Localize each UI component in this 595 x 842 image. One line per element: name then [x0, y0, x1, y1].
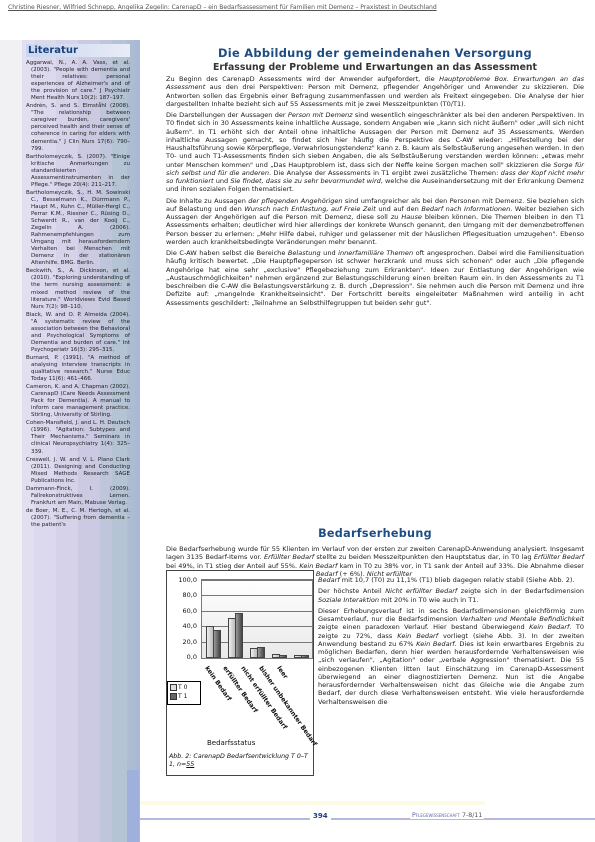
chart-legend: T 0 T 1 — [167, 681, 201, 705]
y-tick: 100,0 — [175, 576, 197, 584]
plot-area: 100,0 80,0 60,0 40,0 20,0 0,0 — [201, 579, 313, 659]
gridline — [202, 626, 312, 627]
y-tick: 20,0 — [175, 638, 197, 646]
reference-item: Burnard, P. (1991). "A method of analysi… — [26, 355, 130, 383]
reference-item: de Boer, M. E., C. M. Hertogh, et al. (2… — [26, 508, 130, 529]
y-tick: 60,0 — [175, 607, 197, 615]
paragraph: Die C-AW haben selbst die Bereiche Belas… — [166, 249, 584, 307]
y-tick: 0,0 — [175, 653, 197, 661]
running-header: Christine Riesner, Wilfried Schnepp, Ang… — [8, 4, 587, 11]
section-title-bedarf: Bedarfserhebung — [166, 527, 584, 540]
gridline — [202, 580, 312, 581]
legend-item-t1: T 1 — [170, 692, 198, 701]
y-tick: 40,0 — [175, 622, 197, 630]
bar-erfuellter-bedarf-t1 — [235, 613, 243, 658]
sidebar-edge-bottom — [127, 770, 139, 842]
legend-swatch — [170, 684, 177, 691]
journal-reference: Pflegewissenschaft 7-8/11 — [410, 812, 484, 819]
paragraph: Bedarf mit 10,7 (T0) zu 11,1% (T1) blieb… — [318, 576, 584, 584]
reference-item: Aggarwal, N., A. A. Vass, et al. (2003).… — [26, 60, 130, 102]
literature-title: Literatur — [26, 44, 130, 57]
paragraph: Die Inhalte zu Aussagen der pflegenden A… — [166, 197, 584, 247]
reference-item: Beckwith, S., A. Dickinson, et al. (2010… — [26, 268, 130, 310]
gridline — [202, 611, 312, 612]
reference-item: Bartholomeyczik, S., H. M. Sowinski C., … — [26, 190, 130, 268]
bedarf-right-column: Bedarf mit 10,7 (T0) zu 11,1% (T1) blieb… — [318, 576, 584, 709]
paragraph: Zu Beginn des CarenapD Assessments wird … — [166, 75, 584, 108]
x-axis-label: Bedarfsstatus — [207, 739, 255, 747]
footer-rule — [140, 818, 595, 820]
reference-item: Dammann-Finck, I. (2009). Fallrekonstruk… — [26, 486, 130, 507]
paragraph: Die Darstellungen der Aussagen der Perso… — [166, 111, 584, 194]
bar-unbekannt-t1 — [279, 655, 287, 658]
chart-area: 100,0 80,0 60,0 40,0 20,0 0,0 — [167, 579, 313, 669]
section-title: Die Abbildung der gemeindenahen Versorgu… — [166, 46, 584, 60]
reference-item: Andrén, S. and S. Elmståhl (2008). "The … — [26, 103, 130, 152]
bar-kein-bedarf-t1 — [213, 630, 221, 658]
reference-list: Aggarwal, N., A. A. Vass, et al. (2003).… — [26, 60, 130, 530]
figure-bedarf-chart: 100,0 80,0 60,0 40,0 20,0 0,0 T 0 T 1 ke… — [166, 570, 314, 776]
paragraph: Dieser Erhebungsverlauf ist in sechs Bed… — [318, 607, 584, 706]
paragraph: Der höchste Anteil Nicht erfüllter Bedar… — [318, 587, 584, 604]
legend-swatch — [170, 693, 177, 700]
footer-decor — [140, 801, 485, 805]
reference-item: Bartholomeyczik, S. (2007). "Einige krit… — [26, 154, 130, 189]
reference-item: Black, W. and O. P. Almeida (2004). "A s… — [26, 312, 130, 354]
bar-nicht-erfuellter-bedarf-t1 — [257, 647, 265, 658]
bar-leer-t1 — [301, 655, 309, 658]
section-subtitle: Erfassung der Probleme und Erwartungen a… — [166, 62, 584, 74]
reference-item: Creswell, J. W. and V. L. Plano Clark (2… — [26, 457, 130, 485]
figure-caption: Abb. 2: CarenapD Bedarfsentwicklung T 0–… — [167, 753, 315, 769]
legend-item-t0: T 0 — [170, 683, 198, 692]
main-column: Die Abbildung der gemeindenahen Versorgu… — [166, 46, 584, 310]
page-number: 394 — [310, 812, 331, 820]
reference-item: Cameron, K. and A. Chapman (2002). Caren… — [26, 384, 130, 419]
gridline — [202, 595, 312, 596]
reference-item: Cohen-Mansfield, J. and L. H. Deutsch (1… — [26, 420, 130, 455]
y-tick: 80,0 — [175, 591, 197, 599]
